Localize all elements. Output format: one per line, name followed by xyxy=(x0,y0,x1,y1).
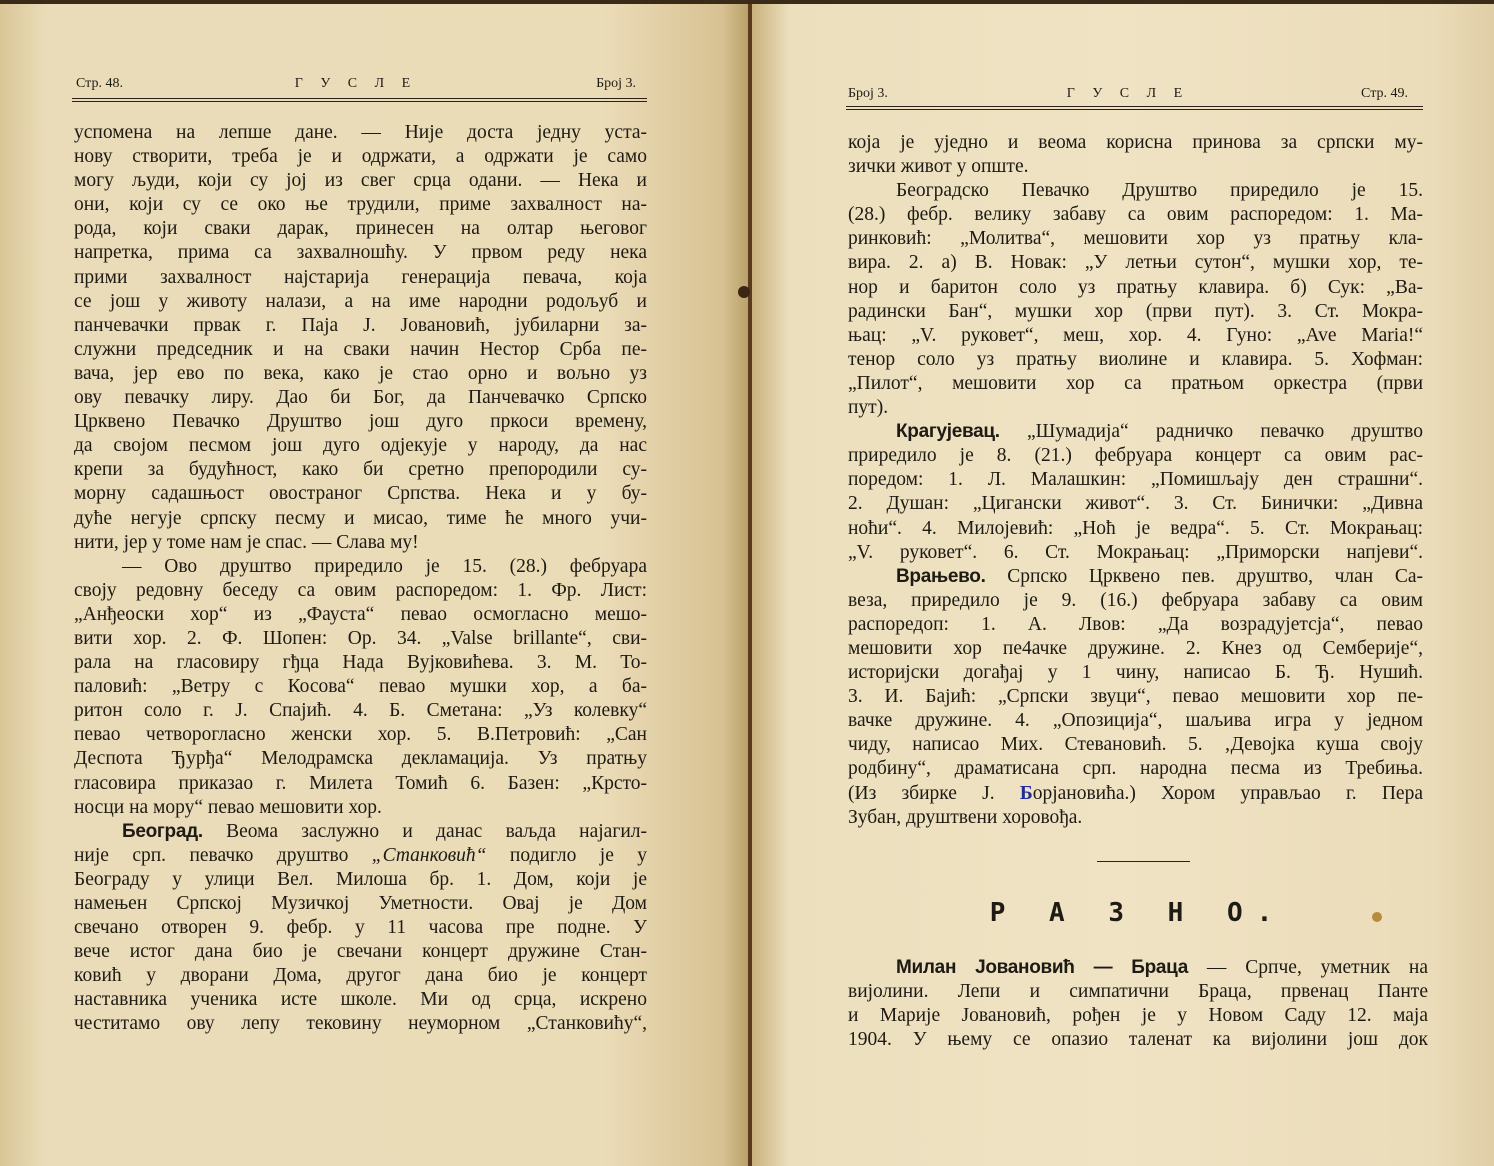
place-heading: Крагујевац. xyxy=(896,421,1000,442)
text-line: Београду у улици Вел. Милоша бр. 1. Дом,… xyxy=(74,868,647,892)
text-line: рода, који сваки дарак, принесен на олта… xyxy=(74,217,647,241)
text-line: није срп. певачко друштво „Станковић“ по… xyxy=(74,844,647,868)
book-gutter xyxy=(748,0,752,1166)
text-line: ковић у дворани Дома, другог дана био је… xyxy=(74,964,647,988)
book-spread: Стр. 48. Г У С Л Е Број 3. успомена на л… xyxy=(0,0,1494,1166)
text-fragment: „Шумадија“ радничко певачко друштво xyxy=(1000,421,1423,442)
text-line: вира. 2. а) В. Новак: „У летњи сутон“, м… xyxy=(848,251,1423,275)
text-line: — Ово друштво приредило је 15. (28.) феб… xyxy=(74,555,647,579)
text-line: намењен Српској Музичкој Уметности. Овај… xyxy=(74,892,647,916)
paragraph: Београдско Певачко Друштво приредило је … xyxy=(848,179,1423,420)
text-line: своју редовну беседу са овим распоредом:… xyxy=(74,579,647,603)
header-rule xyxy=(72,98,647,102)
text-line: Врањево. Српско Црквено пев. друштво, чл… xyxy=(848,565,1423,589)
left-page-header: Стр. 48. Г У С Л Е Број 3. xyxy=(76,76,636,98)
text-line: (Из збирке Ј. Борјановића.) Хором управљ… xyxy=(848,782,1423,806)
header-rule xyxy=(846,106,1423,110)
text-line: они, који су се око ње трудили, приме за… xyxy=(74,193,647,217)
binding-hole xyxy=(738,286,750,298)
text-line: веза, приредило је 9. (16.) фебруара заб… xyxy=(848,589,1423,613)
paragraph: која је уједно и веома корисна принова з… xyxy=(848,131,1423,179)
text-line: Деспота Ђурђа“ Мелодрамска декламација. … xyxy=(74,747,647,771)
paragraph: успомена на лепше дане. — Није доста јед… xyxy=(74,121,647,555)
text-line: свечано отворен 9. фебр. у 11 часова пре… xyxy=(74,916,647,940)
text-line: нор и баритон соло уз пратњу клавира. б)… xyxy=(848,276,1423,300)
text-fragment: није срп. певачко друштво xyxy=(74,845,372,866)
text-line: носци на мору“ певао мешовити хор. xyxy=(74,796,647,820)
paragraph: — Ово друштво приредило је 15. (28.) феб… xyxy=(74,555,647,820)
text-line: морну садашњост овостраног Српства. Нека… xyxy=(74,482,647,506)
text-line: вече истог дана био је свечани концерт д… xyxy=(74,940,647,964)
text-line: тенор соло уз пратњу виолине и клавира. … xyxy=(848,348,1423,372)
text-line: вача, јер ево по века, како је стао орно… xyxy=(74,362,647,386)
text-line: Милан Јовановић — Браца — Српче, уметник… xyxy=(848,956,1428,980)
text-line: нову створити, треба је и одржати, а одр… xyxy=(74,145,647,169)
text-fragment: Веома заслужно и данас ваљда најагил- xyxy=(203,821,647,842)
text-line: прими захвалност најстарија генерација п… xyxy=(74,266,647,290)
text-line: нити, јер у томе нам је спас. — Слава му… xyxy=(74,531,647,555)
paper-stain xyxy=(1372,912,1382,922)
text-fragment: — Српче, уметник на xyxy=(1188,957,1428,978)
text-line: вити хор. 2. Ф. Шопен: Ор. 34. „Valse br… xyxy=(74,627,647,651)
text-fragment: орјановића.) Хором управљао г. Пера xyxy=(1033,783,1423,804)
top-edge xyxy=(0,0,1494,4)
text-line: која је уједно и веома корисна принова з… xyxy=(848,131,1423,155)
place-heading: Београд. xyxy=(122,821,203,842)
text-line: паловић: „Ветру с Косова“ певао мушки хо… xyxy=(74,675,647,699)
right-page-body: која је уједно и веома корисна принова з… xyxy=(848,131,1423,830)
paragraph-beograd: Београд. Веома заслужно и данас ваљда на… xyxy=(74,820,647,1037)
text-fragment: (Из збирке Ј. xyxy=(848,783,1020,804)
text-line: историјски догађај у 1 чину, написао Б. … xyxy=(848,661,1423,685)
text-line: наставника ученика исте школе. Ми од срц… xyxy=(74,988,647,1012)
text-line: 2. Душан: „Цигански живот“. 3. Ст. Бинич… xyxy=(848,492,1423,516)
text-line: дуће негује српску песму и мисао, тиме ћ… xyxy=(74,507,647,531)
page-number: Стр. 49. xyxy=(1361,86,1408,102)
section-divider xyxy=(1097,861,1190,862)
text-line: приредило је 8. (21.) фебруара концерт с… xyxy=(848,444,1423,468)
section-title: Р А З Н О. xyxy=(850,898,1426,928)
text-line: Крагујевац. „Шумадија“ радничко певачко … xyxy=(848,420,1423,444)
text-line: Београд. Веома заслужно и данас ваљда на… xyxy=(74,820,647,844)
society-name: „Станковић“ xyxy=(372,845,487,866)
text-line: ритон соло г. Ј. Спајић. 4. Б. Сметана: … xyxy=(74,699,647,723)
text-line: вијолини. Лепи и симпатични Браца, првен… xyxy=(848,980,1428,1004)
text-line: њац: „V. руковет“, меш, хор. 4. Гуно: „A… xyxy=(848,324,1423,348)
paragraph-vranjevo: Врањево. Српско Црквено пев. друштво, чл… xyxy=(848,565,1423,830)
handwritten-correction: Б xyxy=(1020,783,1033,804)
text-line: пут). xyxy=(848,396,1423,420)
text-line: се још у животу налази, а на име народни… xyxy=(74,290,647,314)
text-line: могу људи, који су јој из свег срца одан… xyxy=(74,169,647,193)
text-line: да својом песмом још дуго одјекује у нар… xyxy=(74,434,647,458)
text-line: и Марије Јовановић, рођен је у Новом Сад… xyxy=(848,1004,1428,1028)
left-page-body: успомена на лепше дане. — Није доста јед… xyxy=(74,121,647,1037)
text-line: рала на гласовиру гђца Нада Вујковићева.… xyxy=(74,651,647,675)
text-line: 1904. У њему се опазио таленат ка вијоли… xyxy=(848,1028,1428,1052)
text-line: певао четворогласно женски хор. 5. В.Пет… xyxy=(74,723,647,747)
right-page-header: Број 3. Г У С Л Е Стр. 49. xyxy=(848,86,1408,108)
person-heading: Милан Јовановић — Браца xyxy=(896,957,1188,978)
text-line: панчевачки првак г. Паја Ј. Јовановић, ј… xyxy=(74,314,647,338)
text-line: успомена на лепше дане. — Није доста јед… xyxy=(74,121,647,145)
place-heading: Врањево. xyxy=(896,566,986,587)
text-line: 3. И. Бајић: „Српски звуци“, певао мешов… xyxy=(848,685,1423,709)
issue-number: Број 3. xyxy=(596,76,636,92)
text-line: мешовити хор пе4ачке дружине. 2. Кнез од… xyxy=(848,637,1423,661)
text-line: гласовира приказао г. Милета Томић 6. Ба… xyxy=(74,772,647,796)
text-line: радински Бан“, мушки хор (први пут). 3. … xyxy=(848,300,1423,324)
running-title: Г У С Л Е xyxy=(76,76,636,92)
text-line: родбину“, драматисана срп. народна песма… xyxy=(848,757,1423,781)
text-line: Зубан, друштвени хоровођа. xyxy=(848,806,1423,830)
text-fragment: подигло је у xyxy=(487,845,647,866)
text-line: поредом: 1. Л. Малашкин: „Помишљају ден … xyxy=(848,468,1423,492)
text-line: зички живот у опште. xyxy=(848,155,1423,179)
text-line: „V. руковет“. 6. Ст. Мокрањац: „Приморск… xyxy=(848,541,1423,565)
text-line: Црквено Певачко Друштво још дуго пркоси … xyxy=(74,410,647,434)
text-fragment: Српско Црквено пев. друштво, члан Са- xyxy=(986,566,1423,587)
text-line: распоредоп: 1. А. Лвов: „Да возрадујетсј… xyxy=(848,613,1423,637)
text-line: вачке дружине. 4. „Опозиција“, шаљива иг… xyxy=(848,709,1423,733)
text-line: „Анђеоски хор“ из „Фауста“ певао осмогла… xyxy=(74,603,647,627)
text-line: крепи за будућност, како би сретно препо… xyxy=(74,458,647,482)
text-line: напретка, прима са захвалношћу. У првом … xyxy=(74,241,647,265)
text-line: ову певачку лиру. Дао би Бог, да Панчева… xyxy=(74,386,647,410)
text-line: ноћи“. 4. Милојевић: „Ноћ је ведра“. 5. … xyxy=(848,517,1423,541)
text-line: честитамо ову лепу тековину неуморном „С… xyxy=(74,1012,647,1036)
text-line: ринковић: „Молитва“, мешовити хор уз пра… xyxy=(848,227,1423,251)
text-line: служни председник и на сваки начин Несто… xyxy=(74,338,647,362)
paragraph-kragujevac: Крагујевац. „Шумадија“ радничко певачко … xyxy=(848,420,1423,565)
text-line: (28.) фебр. велику забаву са овим распор… xyxy=(848,203,1423,227)
razno-section-body: Милан Јовановић — Браца — Српче, уметник… xyxy=(848,956,1428,1052)
text-line: „Пилот“, мешовити хор са пратњом оркестр… xyxy=(848,372,1423,396)
text-line: Београдско Певачко Друштво приредило је … xyxy=(848,179,1423,203)
running-title: Г У С Л Е xyxy=(848,86,1408,102)
text-line: чиду, написао Мих. Стевановић. 5. ‚Девој… xyxy=(848,733,1423,757)
